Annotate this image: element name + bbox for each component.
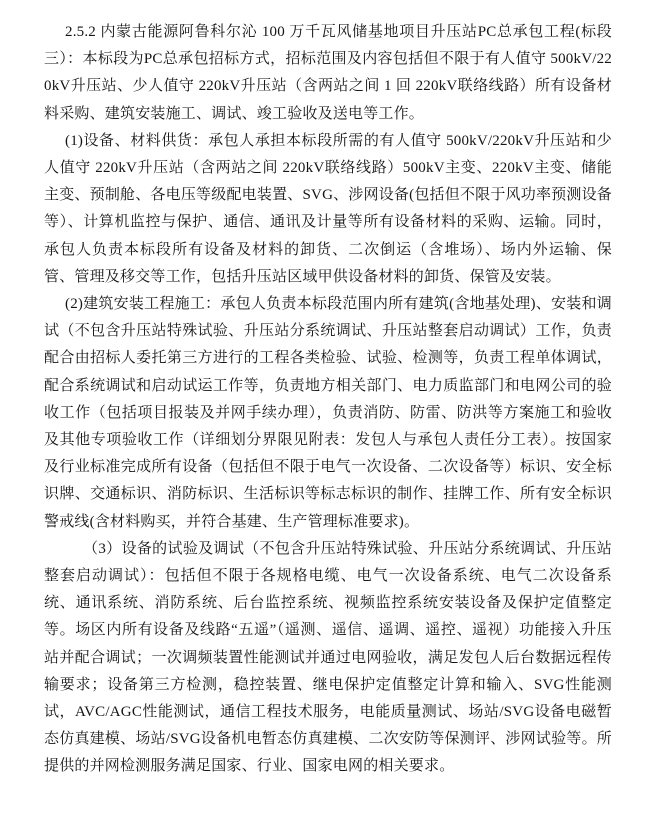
document-page: 2.5.2 内蒙古能源阿鲁科尔沁 100 万千瓦风储基地项目升压站PC总承包工程… <box>0 0 656 831</box>
paragraph-section-2-5-2-intro: 2.5.2 内蒙古能源阿鲁科尔沁 100 万千瓦风储基地项目升压站PC总承包工程… <box>44 19 612 128</box>
paragraph-item-3-equipment-test-commissioning: （3）设备的试验及调试（不包含升压站特殊试验、升压站分系统调试、升压站整套启动调… <box>44 536 612 781</box>
paragraph-item-1-equipment-material-supply: (1)设备、材料供货：承包人承担本标段所需的有人值守 500kV/220kV升压… <box>44 128 612 291</box>
paragraph-item-2-construction-installation: (2)建筑安装工程施工：承包人负责本标段范围内所有建筑(含地基处理)、安装和调试… <box>44 291 612 536</box>
